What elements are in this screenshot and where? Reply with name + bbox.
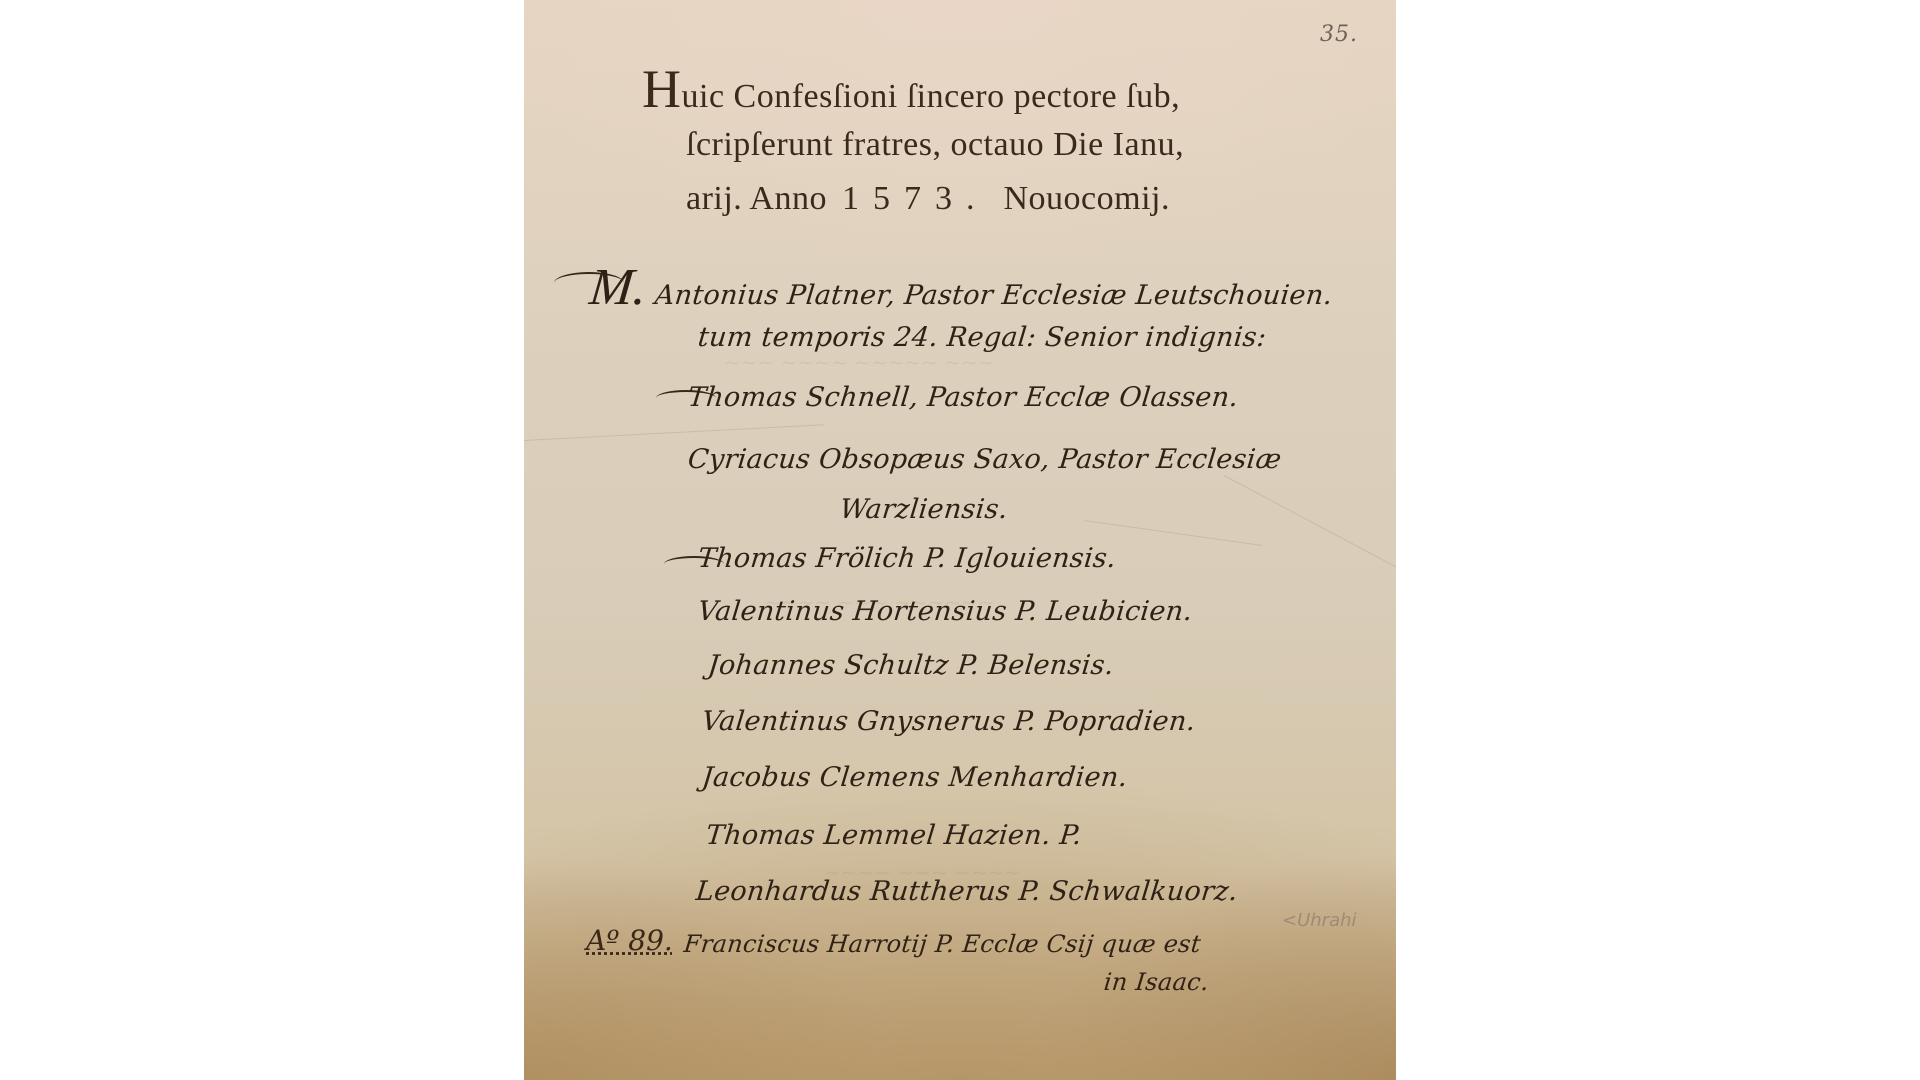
image-viewer: ~~~ ~~~~ ~~~~~ ~~~ ~~~~ ~~~ ~~~~~~ ~~~~ … [0,0,1920,1080]
signature-line: Thomas Schnell, Pastor Ecclæ Olassen. [686,382,1240,413]
header-year: 1573. [836,180,995,217]
signature-text: Antonius Platner, Pastor Ecclesiæ Leutsc… [653,280,1334,311]
header-line-2: ſcripſerunt fratres, octauo Die Ianu, [686,126,1184,164]
signature-line: Thomas Frölich P. Iglouiensis. [696,543,1117,574]
signature-line: in Isaac. [1103,968,1211,996]
signature-line: M. Antonius Platner, Pastor Ecclesiæ Leu… [587,258,1336,317]
signature-line: Leonhardus Ruttherus P. Schwalkuorz. [694,876,1239,907]
header-initial: H [642,59,682,119]
signature-line: Johannes Schultz P. Belensis. [706,650,1115,681]
signature-line: tum temporis 24. Regal: Senior indignis: [696,322,1268,353]
manuscript-page: ~~~ ~~~~ ~~~~~ ~~~ ~~~~ ~~~ ~~~~~~ ~~~~ … [524,0,1396,1080]
pencil-annotation: <Uhrahi [1282,910,1357,931]
header-line-3-start: arij. Anno [686,180,827,217]
signature-line: Cyriacus Obsopæus Saxo, Pastor Ecclesiæ [686,444,1283,475]
signature-line: Valentinus Hortensius P. Leubicien. [696,596,1194,627]
folio-number: 35. [1320,22,1358,47]
signature-initial: M. [587,259,650,316]
signature-line: Valentinus Gnysnerus P. Popradien. [700,706,1197,737]
header-line-3: arij. Anno 1573. Nouocomij. [686,180,1170,218]
signature-line: Jacobus Clemens Menhardien. [700,762,1129,793]
paper-crease [524,424,824,441]
signature-line: Warzliensis. [838,494,1009,525]
header-line-3-end: Nouocomij. [1003,180,1169,217]
header-line-1-text: uic Confesſioni ſincero pectore ſub, [682,78,1181,115]
margin-annotation: Aº 89. [586,924,673,957]
signature-line: Franciscus Harrotij P. Ecclæ Csij quæ es… [683,930,1203,958]
bleed-through-text: ~~~ ~~~~ ~~~~~ ~~~ [724,350,994,374]
header-line-1: Huic Confesſioni ſincero pectore ſub, [642,58,1180,120]
signature-line: Thomas Lemmel Hazien. P. [704,820,1083,851]
paper-crease [1224,475,1396,570]
